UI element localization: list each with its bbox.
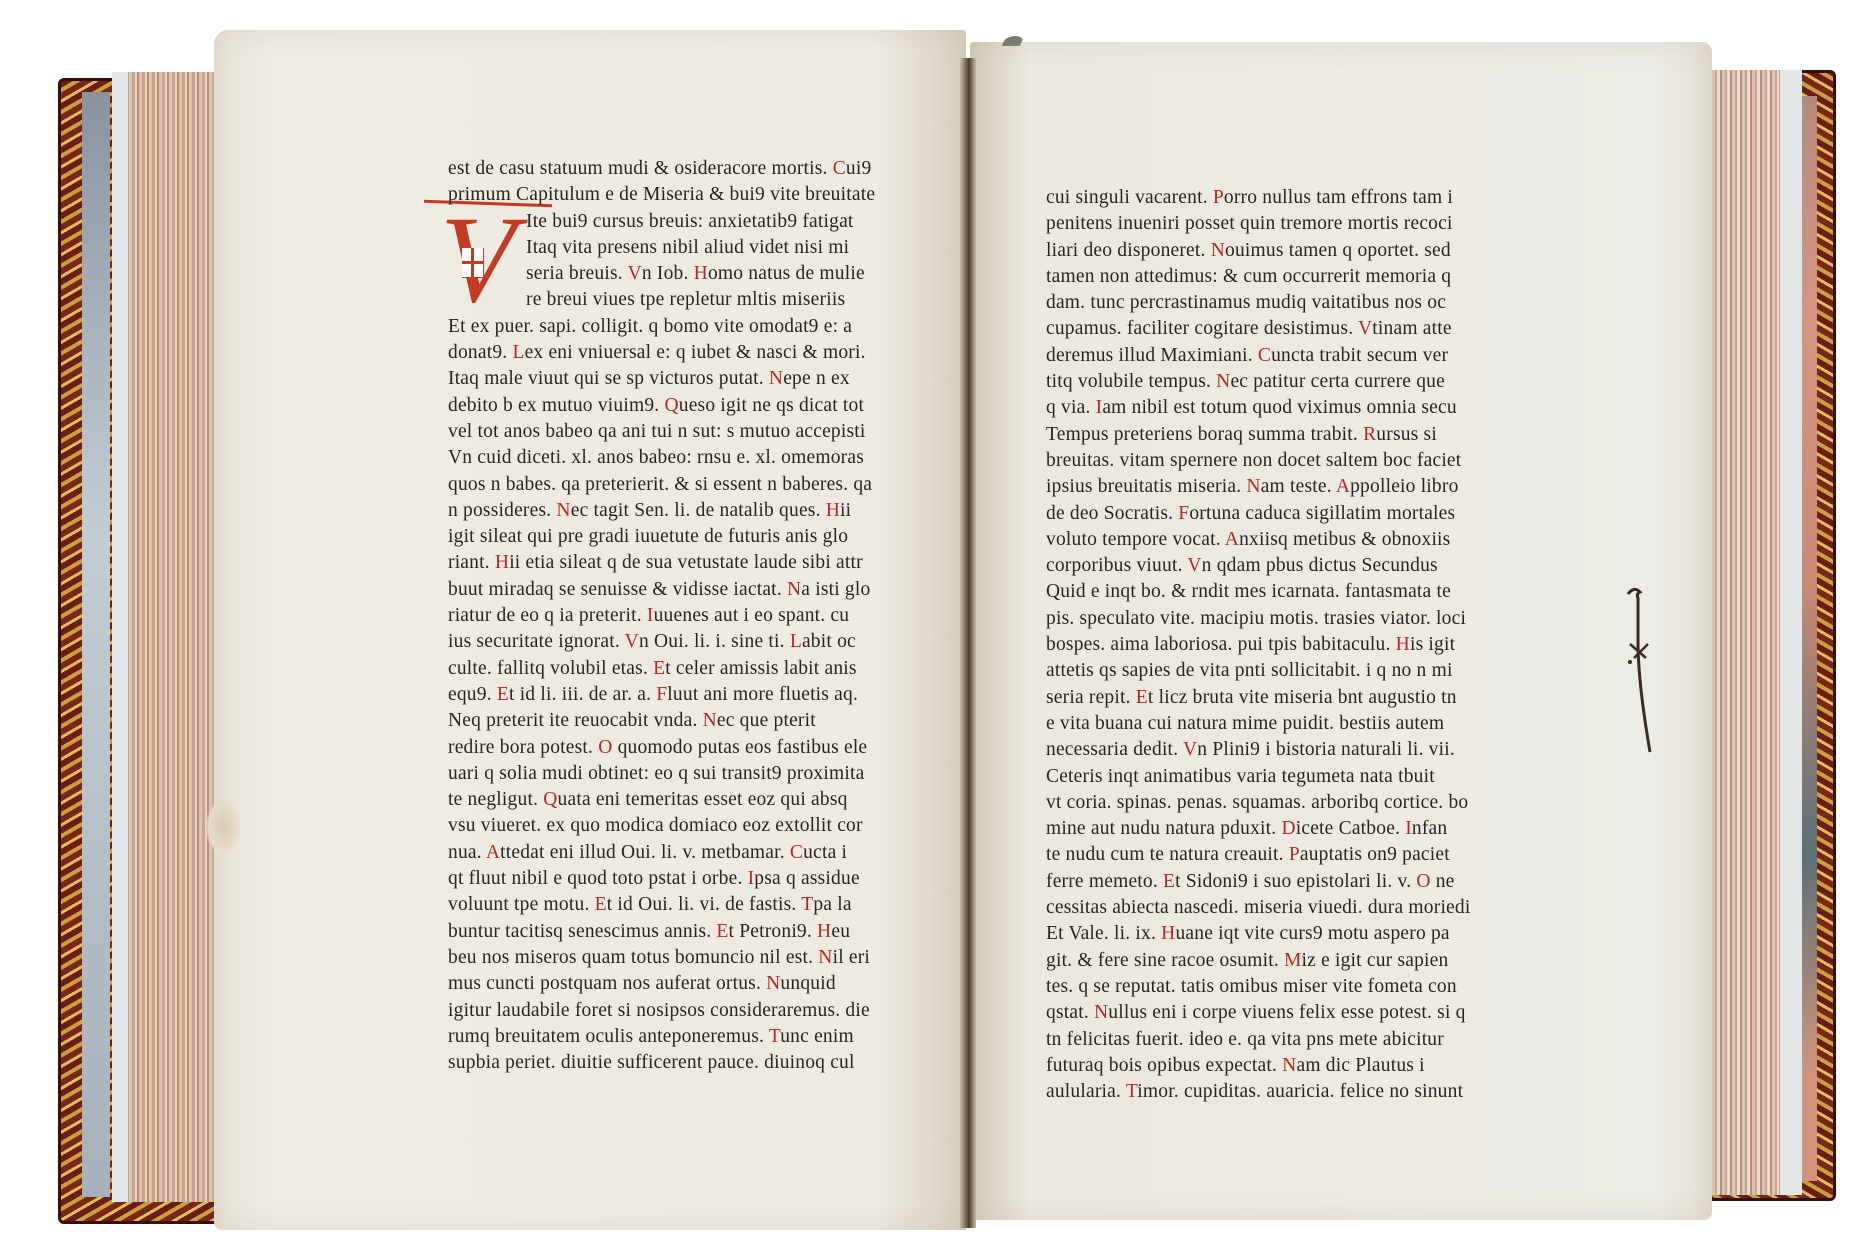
text-line: penitens inueniri posset quin tremore mo… — [1046, 211, 1496, 237]
text-line: Itaq male viuut qui se sp victuros putat… — [448, 366, 908, 392]
text-line: Ceteris inqt animatibus varia tegumeta n… — [1046, 764, 1496, 790]
text-line: tn felicitas fuerit. ideo e. qa vita pns… — [1046, 1027, 1496, 1053]
text-line: vt coria. spinas. penas. squamas. arbori… — [1046, 790, 1496, 816]
text-line: q via. Iam nibil est totum quod viximus … — [1046, 395, 1496, 421]
text-line: aulularia. Timor. cupiditas. auaricia. f… — [1046, 1079, 1496, 1105]
text-line: riatur de eo q ia preterit. Iuuenes aut … — [448, 603, 908, 629]
text-line: est de casu statuum mudi & osideracore m… — [448, 156, 908, 182]
text-line: voluunt tpe motu. Et id Oui. li. vi. de … — [448, 892, 908, 918]
right-page-stack — [1712, 70, 1802, 1195]
text-line: igit sileat qui pre gradi iuuetute de fu… — [448, 524, 908, 550]
text-line: redire bora potest. O quomodo putas eos … — [448, 735, 908, 761]
text-line: ipsius breuitatis miseria. Nam teste. Ap… — [1046, 474, 1496, 500]
text-line: uari q solia mudi obtinet: eo q sui tran… — [448, 761, 908, 787]
right-page-text: cui singuli vacarent. Porro nullus tam e… — [1046, 185, 1496, 1105]
left-page-stack — [112, 72, 216, 1202]
text-line: vel tot anos babeo qa ani tui n sut: s m… — [448, 419, 908, 445]
text-line: supbia periet. diuitie sufficerent pauce… — [448, 1050, 908, 1076]
text-line: dam. tunc percrastinamus mudiq vaitatibu… — [1046, 290, 1496, 316]
book-gutter — [960, 58, 976, 1228]
text-line: primum Capitulum e de Miseria & bui9 vit… — [448, 182, 908, 208]
text-line: nua. Attedat eni illud Oui. li. v. metba… — [448, 840, 908, 866]
text-line: equ9. Et id li. iii. de ar. a. Fluut ani… — [448, 682, 908, 708]
text-line: de deo Socratis. Fortuna caduca sigillat… — [1046, 501, 1496, 527]
text-line: Itaq vita presens nibil aliud videt nisi… — [448, 235, 908, 261]
text-line: te negligut. Quata eni temeritas esset e… — [448, 787, 908, 813]
text-line: buut miradaq se senuisse & vidisse iacta… — [448, 577, 908, 603]
text-line: igitur laudabile foret si nosipsos consi… — [448, 998, 908, 1024]
text-line: mus cuncti postquam nos auferat ortus. N… — [448, 971, 908, 997]
text-line: culte. fallitq volubil etas. Et celer am… — [448, 656, 908, 682]
text-line: titq volubile tempus. Nec patitur certa … — [1046, 369, 1496, 395]
text-line: Tempus preteriens boraq summa trabit. Ru… — [1046, 422, 1496, 448]
text-line: liari deo disponeret. Nouimus tamen q op… — [1046, 238, 1496, 264]
text-line: ius securitate ignorat. Vn Oui. li. i. s… — [448, 629, 908, 655]
text-line: cupamus. faciliter cogitare desistimus. … — [1046, 316, 1496, 342]
text-line: donat9. Lex eni vniuersal e: q iubet & n… — [448, 340, 908, 366]
text-line: tes. q se reputat. tatis omibus miser vi… — [1046, 974, 1496, 1000]
text-line: cui singuli vacarent. Porro nullus tam e… — [1046, 185, 1496, 211]
marginal-pen-mark-icon — [1620, 582, 1660, 762]
text-line: n possideres. Nec tagit Sen. li. de nata… — [448, 498, 908, 524]
text-line: futuraq bois opibus expectat. Nam dic Pl… — [1046, 1053, 1496, 1079]
text-line: rumq breuitatem oculis anteponeremus. Tu… — [448, 1024, 908, 1050]
text-line: ferre memeto. Et Sidoni9 i suo epistolar… — [1046, 869, 1496, 895]
text-line: Vn cuid diceti. xl. anos babeo: rnsu e. … — [448, 445, 908, 471]
text-line: attetis qs sapies de vita pnti sollicita… — [1046, 658, 1496, 684]
text-line: bospes. aima laboriosa. pui tpis babitac… — [1046, 632, 1496, 658]
left-flyleaf — [112, 72, 129, 1202]
text-line: Ite bui9 cursus breuis: anxietatib9 fati… — [448, 209, 908, 235]
text-line: re breui viues tpe repletur mltis miseri… — [448, 287, 908, 313]
left-marbled-pastedown — [82, 92, 110, 1197]
text-line: qt fluut nibil e quod toto pstat i orbe.… — [448, 866, 908, 892]
text-line: git. & fere sine racoe osumit. Miz e igi… — [1046, 948, 1496, 974]
text-line: vsu viueret. ex quo modica domiaco eoz e… — [448, 813, 908, 839]
text-line: qstat. Nullus eni i corpe viuens felix e… — [1046, 1000, 1496, 1026]
text-line: quos n babes. qa preterierit. & si essen… — [448, 472, 908, 498]
text-line: cessitas abiecta nascedi. miseria viuedi… — [1046, 895, 1496, 921]
paper-stain — [206, 800, 240, 854]
text-line: breuitas. vitam spernere non docet salte… — [1046, 448, 1496, 474]
text-line: Et ex puer. sapi. colligit. q bomo vite … — [448, 314, 908, 340]
text-line: tamen non attedimus: & cum occurrerit me… — [1046, 264, 1496, 290]
right-flyleaf — [1779, 70, 1802, 1195]
text-line: beu nos miseros quam totus bomuncio nil … — [448, 945, 908, 971]
text-line: pis. speculato vite. macipiu motis. tras… — [1046, 606, 1496, 632]
text-line: necessaria dedit. Vn Plini9 i bistoria n… — [1046, 737, 1496, 763]
text-line: seria repit. Et licz bruta vite miseria … — [1046, 685, 1496, 711]
text-line: buntur tacitisq senescimus annis. Et Pet… — [448, 919, 908, 945]
text-line: riant. Hii etia sileat q de sua vetustat… — [448, 550, 908, 576]
text-line: deremus illud Maximiani. Cuncta trabit s… — [1046, 343, 1496, 369]
text-line: mine aut nudu natura pduxit. Dicete Catb… — [1046, 816, 1496, 842]
text-line: Quid e inqt bo. & rndit mes icarnata. fa… — [1046, 579, 1496, 605]
text-line: Et Vale. li. ix. Huane iqt vite curs9 mo… — [1046, 921, 1496, 947]
text-line: debito b ex mutuo viuim9. Queso igit ne … — [448, 393, 908, 419]
text-line: Neq preterit ite reuocabit vnda. Nec que… — [448, 708, 908, 734]
text-line: te nudu cum te natura creauit. Pauptatis… — [1046, 842, 1496, 868]
text-line: seria breuis. Vn Iob. Homo natus de muli… — [448, 261, 908, 287]
text-line: e vita buana cui natura mime puidit. bes… — [1046, 711, 1496, 737]
text-line: voluto tempore vocat. Anxiisq metibus & … — [1046, 527, 1496, 553]
left-page-text: est de casu statuum mudi & osideracore m… — [448, 156, 908, 1076]
text-line: corporibus viuut. Vn qdam pbus dictus Se… — [1046, 553, 1496, 579]
